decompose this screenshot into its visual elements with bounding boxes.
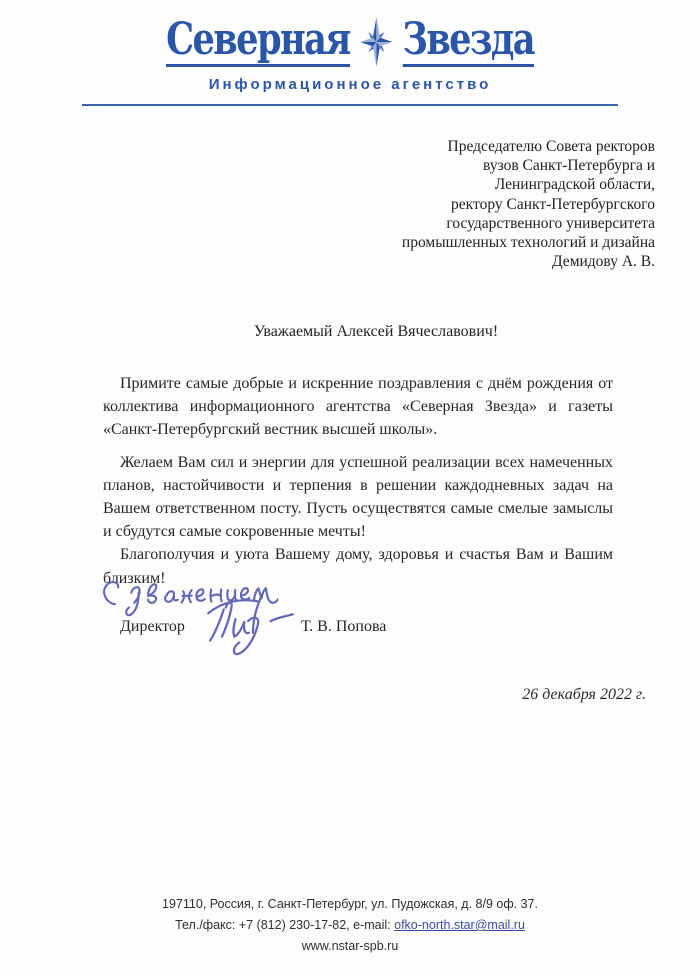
letter-page: Северная <box>0 0 700 976</box>
header-rule <box>82 104 618 106</box>
footer-phone: Тел./факс: +7 (812) 230-17-82, e-mail: <box>175 918 394 932</box>
recipient-line: промышленных технологий и дизайна <box>402 233 655 252</box>
signature-autograph <box>202 590 300 660</box>
letterhead: Северная <box>0 14 700 106</box>
logo-word-zvezda: Звезда <box>403 18 534 67</box>
logo-tagline: Информационное агентство <box>0 76 700 93</box>
recipient-block: Председателю Совета ректоров вузов Санкт… <box>402 137 655 271</box>
agency-logo: Северная <box>70 14 630 70</box>
logo-word-severnaya: Северная <box>166 18 350 67</box>
recipient-line: Председателю Совета ректоров <box>402 137 655 156</box>
recipient-line: Ленинградской области, <box>402 175 655 194</box>
footer: 197110, Россия, г. Санкт-Петербург, ул. … <box>0 894 700 957</box>
letter-body: Примите самые добрые и искренние поздрав… <box>103 372 613 590</box>
email-link[interactable]: ofko-north.star@mail.ru <box>394 918 525 932</box>
compass-star-icon <box>358 15 395 69</box>
signatory-name: Т. В. Попова <box>301 618 386 636</box>
signatory-role: Директор <box>120 618 185 636</box>
recipient-line: ректору Санкт-Петербургского <box>402 195 655 214</box>
footer-website: www.nstar-spb.ru <box>0 936 700 957</box>
recipient-line: вузов Санкт-Петербурга и <box>402 156 655 175</box>
body-paragraph-1: Примите самые добрые и искренние поздрав… <box>103 372 613 442</box>
footer-address: 197110, Россия, г. Санкт-Петербург, ул. … <box>0 894 700 915</box>
letter-date: 26 декабря 2022 г. <box>522 686 646 704</box>
recipient-line: Демидову А. В. <box>402 252 655 271</box>
body-paragraph-3: Благополучия и уюта Вашему дому, здоровь… <box>103 543 613 589</box>
recipient-line: государственного университета <box>402 214 655 233</box>
salutation: Уважаемый Алексей Вячеславович! <box>121 323 631 341</box>
footer-contacts: Тел./факс: +7 (812) 230-17-82, e-mail: o… <box>0 915 700 936</box>
body-paragraph-2: Желаем Вам сил и энергии для успешной ре… <box>103 451 613 544</box>
